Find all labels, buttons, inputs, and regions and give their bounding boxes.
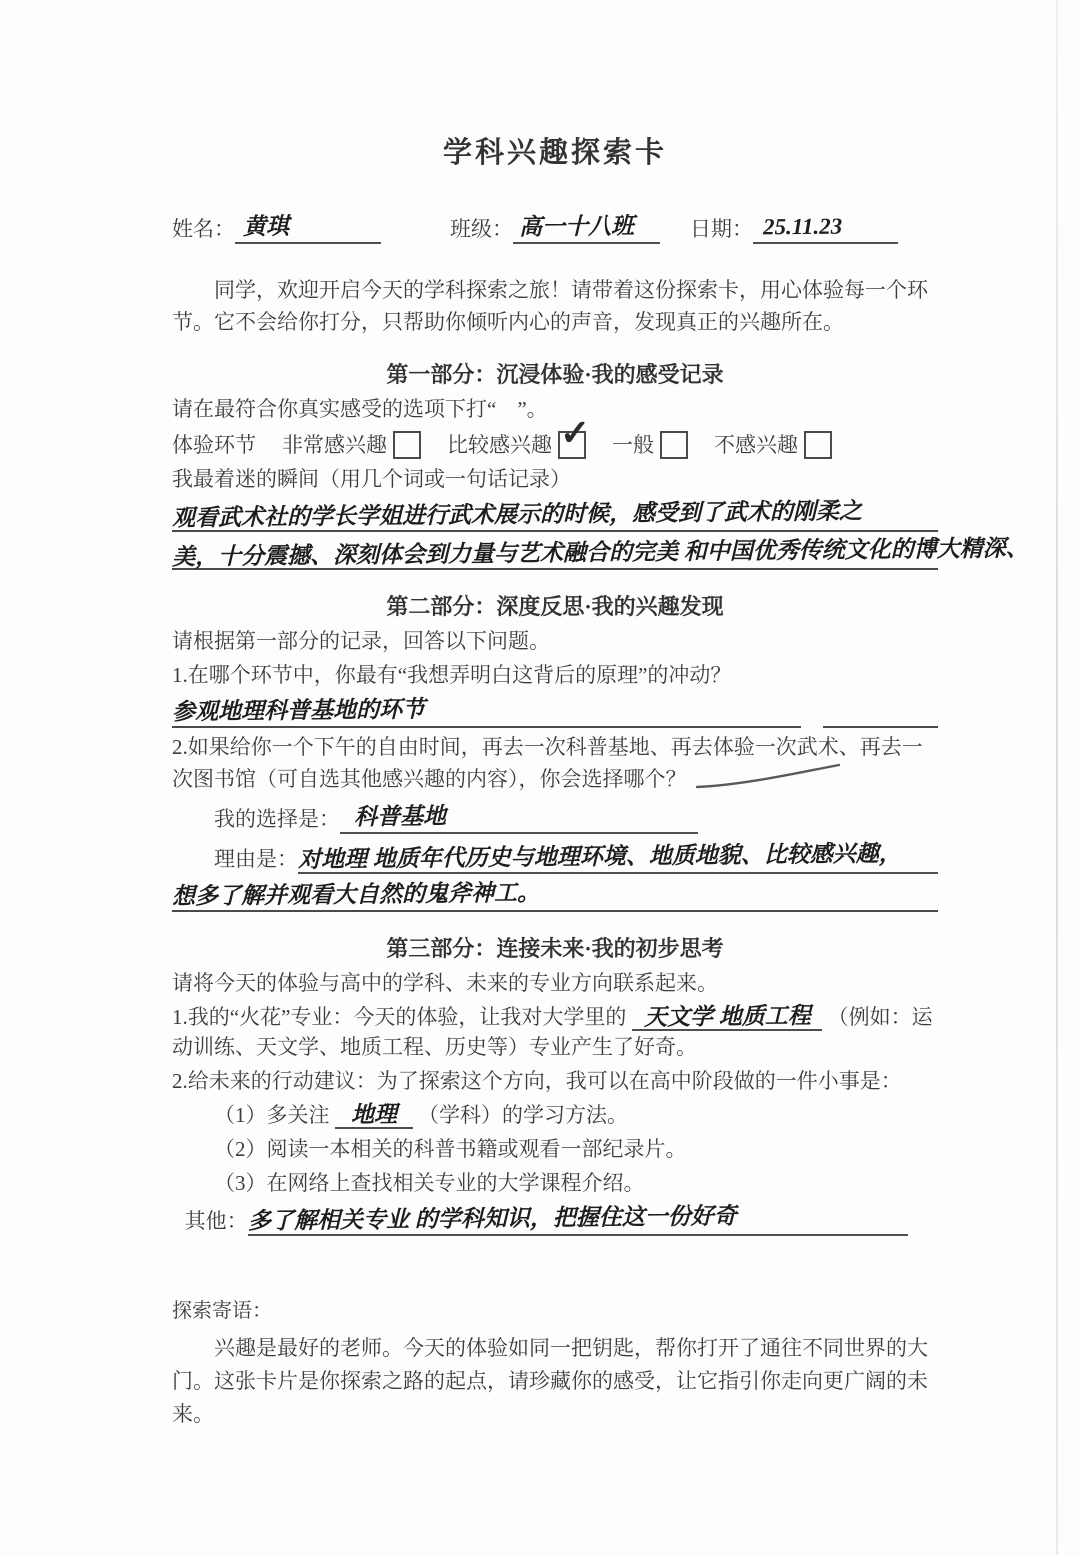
date-field: 日期： 25.11.23 bbox=[690, 212, 898, 244]
name-label: 姓名： bbox=[172, 214, 235, 244]
date-value: 25.11.23 bbox=[763, 212, 843, 243]
q1-answer-row: 参观地理科普基地的环节 bbox=[172, 690, 938, 728]
action-item-3: （3）在网络上查找相关专业的大学课程介绍。 bbox=[172, 1168, 938, 1198]
q1-answer-handwriting: 参观地理科普基地的环节 bbox=[172, 695, 425, 728]
checkbox-neutral[interactable] bbox=[660, 431, 688, 459]
class-label: 班级： bbox=[450, 214, 513, 244]
reason-row: 理由是： 对地理 地质年代历史与地理环境、地质地貌、比较感兴趣， bbox=[172, 842, 938, 874]
class-field: 班级： 高一十八班 bbox=[450, 212, 690, 244]
option-quite-interested-label: 比较感兴趣 bbox=[447, 430, 552, 460]
checkmark-icon: ✓ bbox=[560, 415, 590, 451]
option-not-interested: 不感兴趣 bbox=[714, 430, 832, 460]
reason-line2: 想多了解并观看大自然的鬼斧神工。 bbox=[172, 874, 938, 912]
checkbox-not-interested[interactable] bbox=[804, 431, 832, 459]
handwritten-tick-stroke bbox=[693, 762, 843, 790]
section2-question2: 2.如果给你一个下午的自由时间，再去一次科普基地、再去体验一次武术、再去一次图书… bbox=[172, 732, 938, 794]
scan-edge-line bbox=[1056, 0, 1058, 1555]
moment-handwriting-1: 观看武术社的学长学姐进行武术展示的时候，感受到了武术的刚柔之 bbox=[172, 496, 862, 533]
option-very-interested: 非常感兴趣 bbox=[282, 430, 421, 460]
choice-row: 我的选择是： 科普基地 bbox=[172, 802, 938, 834]
rating-row-label: 体验环节 bbox=[172, 430, 256, 460]
name-field: 姓名： 黄琪 bbox=[172, 212, 450, 244]
action-item1-prefix: （1）多关注 bbox=[214, 1103, 330, 1127]
moment-handwriting-2: 美，十分震撼、深刻体会到力量与艺术融合的完美 和中国优秀传统文化的博大精深、 bbox=[172, 534, 1029, 573]
experience-rating-row: 体验环节 非常感兴趣 比较感兴趣 ✓ 一般 不感兴趣 bbox=[172, 430, 938, 460]
subject-handwriting: 地理 bbox=[351, 1100, 397, 1130]
moment-answer-line1: 观看武术社的学长学姐进行武术展示的时候，感受到了武术的刚柔之 bbox=[172, 494, 938, 532]
section1-heading: 第一部分：沉浸体验·我的感受记录 bbox=[172, 360, 938, 390]
section2-question1: 1.在哪个环节中，你最有“我想弄明白这背后的原理”的冲动？ bbox=[172, 660, 938, 690]
other-row: 其他： 多了解相关专业 的学科知识，把握住这一份好奇 bbox=[172, 1204, 938, 1236]
page-title: 学科兴趣探索卡 bbox=[172, 138, 938, 168]
option-very-interested-label: 非常感兴趣 bbox=[282, 430, 387, 460]
option-neutral-label: 一般 bbox=[612, 430, 654, 460]
spark-major-prefix: 1.我的“火花”专业：今天的体验，让我对大学里的 bbox=[172, 1005, 626, 1029]
choice-label: 我的选择是： bbox=[214, 804, 340, 834]
action-item-2: （2）阅读一本相关的科普书籍或观看一部纪录片。 bbox=[172, 1134, 938, 1164]
reason-handwriting-1: 对地理 地质年代历史与地理环境、地质地貌、比较感兴趣， bbox=[298, 839, 902, 875]
name-value: 黄琪 bbox=[243, 212, 289, 242]
class-value: 高一十八班 bbox=[519, 211, 634, 242]
option-not-interested-label: 不感兴趣 bbox=[714, 430, 798, 460]
section3-instruction: 请将今天的体验与高中的学科、未来的专业方向联系起来。 bbox=[172, 968, 938, 998]
other-handwriting: 多了解相关专业 的学科知识，把握住这一份好奇 bbox=[247, 1201, 736, 1236]
section1-instruction: 请在最符合你真实感受的选项下打“ ”。 bbox=[172, 394, 938, 424]
choice-value-handwriting: 科普基地 bbox=[354, 802, 446, 833]
intro-paragraph: 同学，欢迎开启今天的学科探索之旅！请带着这份探索卡，用心体验每一个环节。它不会给… bbox=[172, 274, 938, 338]
section2-instruction: 请根据第一部分的记录，回答以下问题。 bbox=[172, 626, 938, 656]
header-fields: 姓名： 黄琪 班级： 高一十八班 日期： 25.11.23 bbox=[172, 212, 938, 244]
checkbox-very-interested[interactable] bbox=[393, 431, 421, 459]
reason-label: 理由是： bbox=[214, 844, 298, 874]
action-item1-suffix: （学科）的学习方法。 bbox=[418, 1103, 628, 1127]
q1-answer-extra-blank bbox=[823, 690, 938, 728]
closing-label: 探索寄语： bbox=[172, 1296, 938, 1326]
checkbox-quite-interested[interactable]: ✓ bbox=[558, 431, 586, 459]
moment-label: 我最着迷的瞬间（用几个词或一句话记录） bbox=[172, 464, 938, 494]
spark-major-handwriting: 天文学 地质工程 bbox=[643, 1001, 810, 1033]
spark-major-line: 1.我的“火花”专业：今天的体验，让我对大学里的 天文学 地质工程 （例如：运动… bbox=[172, 1002, 938, 1062]
action-item-1: （1）多关注 地理 （学科）的学习方法。 bbox=[172, 1100, 938, 1130]
scanned-document-page: 学科兴趣探索卡 姓名： 黄琪 班级： 高一十八班 日期： 25.11.23 同学… bbox=[0, 0, 1080, 1555]
closing-paragraph: 兴趣是最好的老师。今天的体验如同一把钥匙，帮你打开了通往不同世界的大门。这张卡片… bbox=[172, 1332, 938, 1431]
section2-heading: 第二部分：深度反思·我的兴趣发现 bbox=[172, 592, 938, 622]
section3-heading: 第三部分：连接未来·我的初步思考 bbox=[172, 934, 938, 964]
reason-handwriting-2: 想多了解并观看大自然的鬼斧神工。 bbox=[172, 878, 540, 912]
option-quite-interested: 比较感兴趣 ✓ bbox=[447, 430, 586, 460]
date-label: 日期： bbox=[690, 214, 753, 244]
option-neutral: 一般 bbox=[612, 430, 688, 460]
action-advice-line: 2.给未来的行动建议：为了探索这个方向，我可以在高中阶段做的一件小事是： bbox=[172, 1066, 938, 1096]
moment-answer-line2: 美，十分震撼、深刻体会到力量与艺术融合的完美 和中国优秀传统文化的博大精深、 bbox=[172, 532, 938, 570]
other-label: 其他： bbox=[172, 1206, 248, 1236]
